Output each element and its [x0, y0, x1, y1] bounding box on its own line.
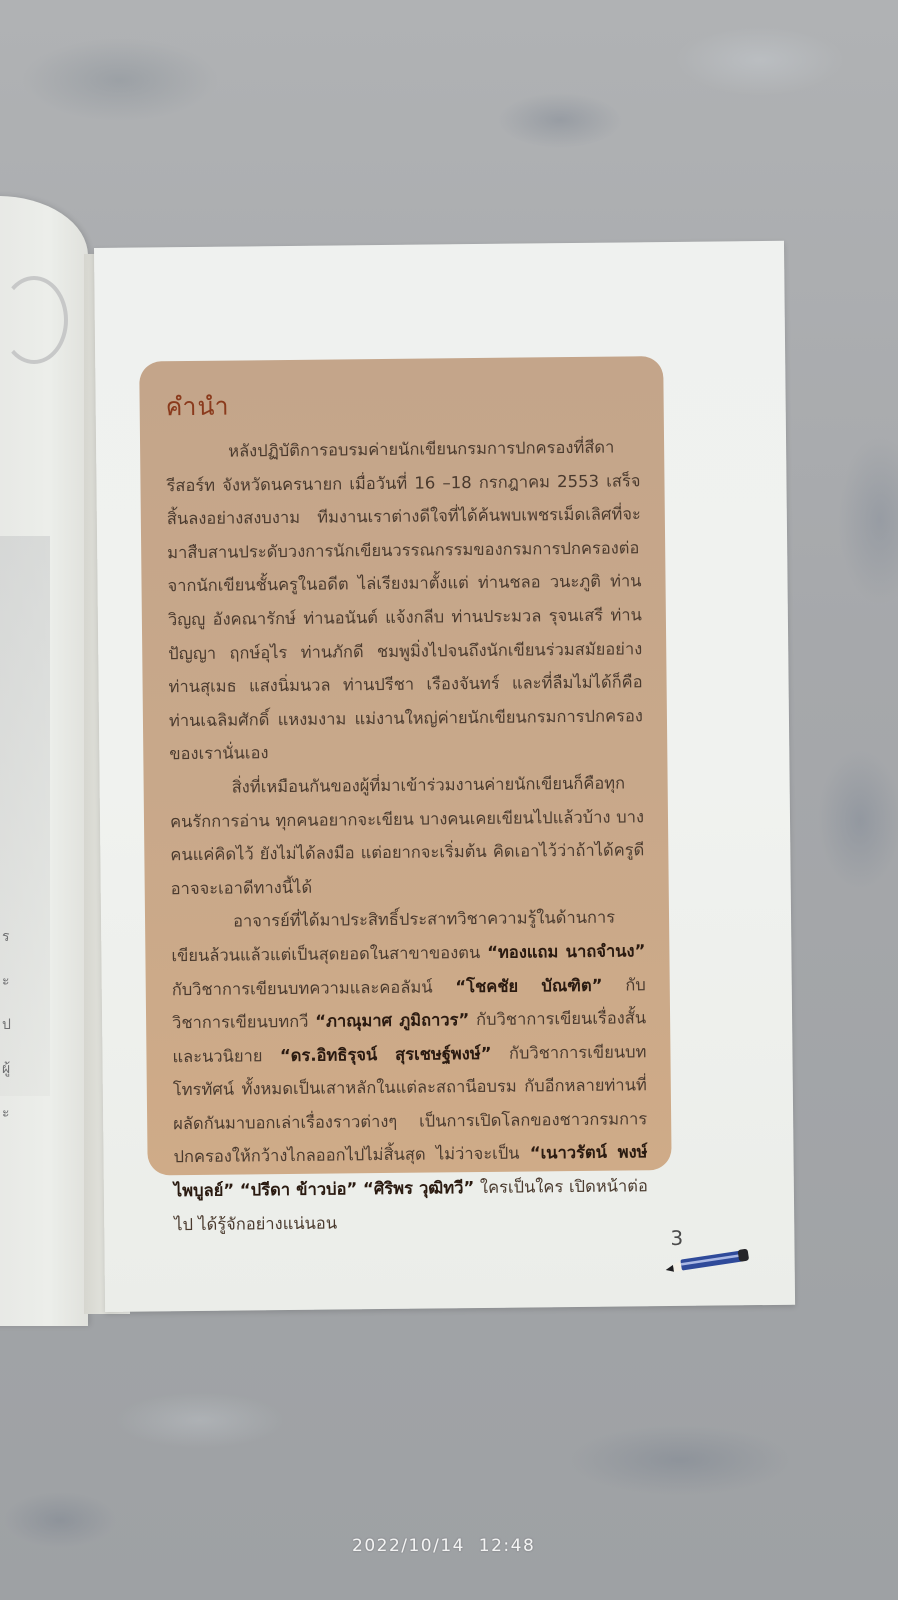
page-title: คำนำ: [165, 382, 639, 427]
paragraph-3: อาจารย์ที่ได้มาประสิทธิ์ประสาทวิชาความรู…: [171, 901, 648, 1242]
paragraph-text: สิ่งที่เหมือนกันของผู้ที่มาเข้าร่วมงานค่…: [170, 773, 645, 898]
paragraph-1: หลังปฏิบัติการอบรมค่ายนักเขียนกรมการปกคร…: [166, 430, 643, 771]
edge-char: ะ: [2, 970, 11, 992]
previous-page-glyph: [0, 276, 68, 364]
paragraph-text: กับวิชาการเขียนบทความและคอลัมน์: [172, 977, 456, 999]
paragraph-text: หลังปฏิบัติการอบรมค่ายนักเขียนกรมการปกคร…: [166, 438, 643, 764]
edge-char: ร: [2, 926, 11, 948]
photo-timestamp: 2022/10/14 12:48: [352, 1536, 535, 1556]
book-page: คำนำ หลังปฏิบัติการอบรมค่ายนักเขียนกรมกา…: [94, 241, 795, 1312]
guest-name: “ปรีดา ข้าวบ่อ”: [240, 1179, 358, 1199]
instructor-name: “ทองแถม นาถจำนง”: [487, 941, 645, 962]
edge-char: ป: [2, 1014, 11, 1036]
edge-char: ะ: [2, 1102, 11, 1124]
instructor-name: “ภาณุมาศ ภูมิถาวร”: [315, 1010, 469, 1031]
page-number: 3: [670, 1226, 683, 1250]
previous-page-edge-text: ร ะ ป ผู้ ะ: [2, 926, 11, 1124]
paragraph-2: สิ่งที่เหมือนกันของผู้ที่มาเข้าร่วมงานค่…: [169, 766, 644, 905]
foreword-box: คำนำ หลังปฏิบัติการอบรมค่ายนักเขียนกรมกา…: [139, 356, 671, 1175]
instructor-name: “โชคชัย บัณฑิต”: [455, 975, 602, 996]
instructor-name: “ดร.อิทธิรุจน์ สุรเชษฐ์พงษ์”: [280, 1044, 492, 1065]
edge-char: ผู้: [2, 1058, 11, 1080]
previous-page: ร ะ ป ผู้ ะ: [0, 196, 88, 1326]
guest-name: “ศิริพร วุฒิทวี”: [363, 1178, 474, 1198]
